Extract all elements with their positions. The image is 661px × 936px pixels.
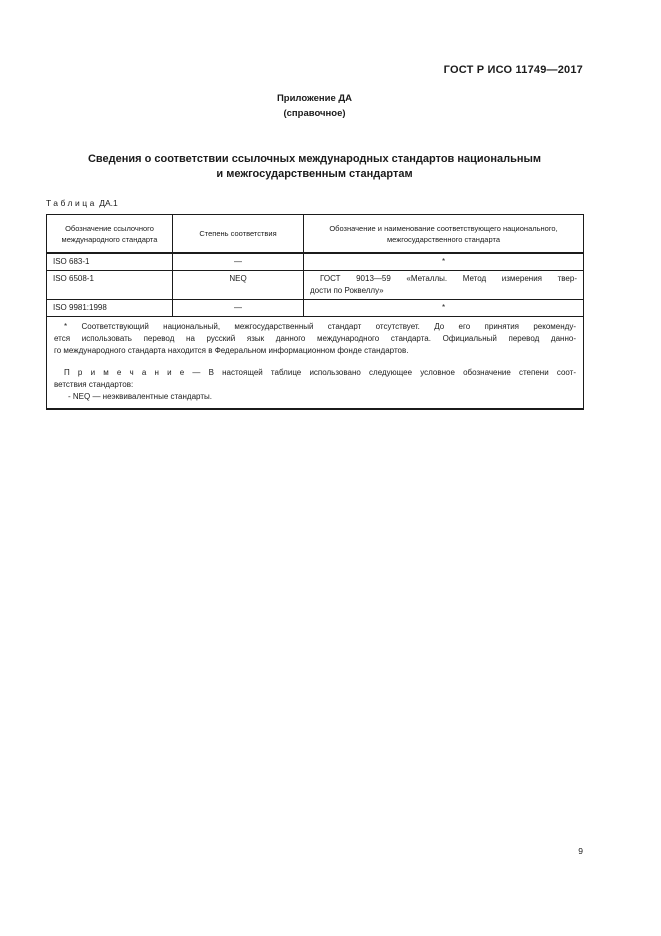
annex-subtitle: (справочное) xyxy=(46,106,583,121)
note-line1: П р и м е ч а н и е — В настоящей таблиц… xyxy=(54,367,576,379)
cell-degree: — xyxy=(173,300,304,317)
cell-match-line1: ГОСТ 9013—59 «Металлы. Метод измерения т… xyxy=(310,273,577,285)
document-header-number: ГОСТ Р ИСО 11749—2017 xyxy=(46,64,583,76)
table-row: ISO 9981:1998 — * xyxy=(47,300,584,317)
note-neq-item: - NEQ — неэквивалентные стандарты. xyxy=(54,391,576,403)
section-title-line2: и межгосударственным стандартам xyxy=(46,167,583,182)
footnote-line1: * Соответствующий национальный, межгосуд… xyxy=(54,321,576,333)
col-header-degree-of-correspondence: Степень соответствия xyxy=(173,215,304,254)
table-footnote-row: * Соответствующий национальный, межгосуд… xyxy=(47,317,584,410)
cell-standard: ISO 9981:1998 xyxy=(47,300,173,317)
footnote-line3: го международного стандарта находится в … xyxy=(54,345,576,357)
footnote-line2: ется использовать перевод на русский язы… xyxy=(54,333,576,345)
document-page: ГОСТ Р ИСО 11749—2017 Приложение ДА (спр… xyxy=(0,0,661,936)
cell-degree: NEQ xyxy=(173,271,304,300)
table-label-number: ДА.1 xyxy=(99,198,118,208)
table-row: ISO 6508-1 NEQ ГОСТ 9013—59 «Металлы. Ме… xyxy=(47,271,584,300)
correspondence-table: Обозначение ссылочного международного ст… xyxy=(46,214,584,410)
table-label: Таблица ДА.1 xyxy=(46,198,118,208)
cell-match: * xyxy=(304,253,584,271)
col-header-reference-standard: Обозначение ссылочного международного ст… xyxy=(47,215,173,254)
cell-match: * xyxy=(304,300,584,317)
annex-heading: Приложение ДА (справочное) xyxy=(46,91,583,121)
table-row: ISO 683-1 — * xyxy=(47,253,584,271)
annex-title: Приложение ДА xyxy=(46,91,583,106)
section-title-line1: Сведения о соответствии ссылочных междун… xyxy=(46,152,583,167)
cell-match: ГОСТ 9013—59 «Металлы. Метод измерения т… xyxy=(304,271,584,300)
table-header-row: Обозначение ссылочного международного ст… xyxy=(47,215,584,254)
table-label-word: Таблица xyxy=(46,198,97,208)
note-line2: ветствия стандартов: xyxy=(54,379,576,391)
footnote-spacer xyxy=(54,357,576,367)
cell-standard: ISO 6508-1 xyxy=(47,271,173,300)
table-footnote-cell: * Соответствующий национальный, межгосуд… xyxy=(47,317,584,410)
section-title: Сведения о соответствии ссылочных междун… xyxy=(46,152,583,182)
cell-standard: ISO 683-1 xyxy=(47,253,173,271)
cell-match-line2: дости по Роквеллу» xyxy=(310,285,577,297)
page-number: 9 xyxy=(46,846,583,856)
col-header-corresponding-standard: Обозначение и наименование соответствующ… xyxy=(304,215,584,254)
cell-degree: — xyxy=(173,253,304,271)
